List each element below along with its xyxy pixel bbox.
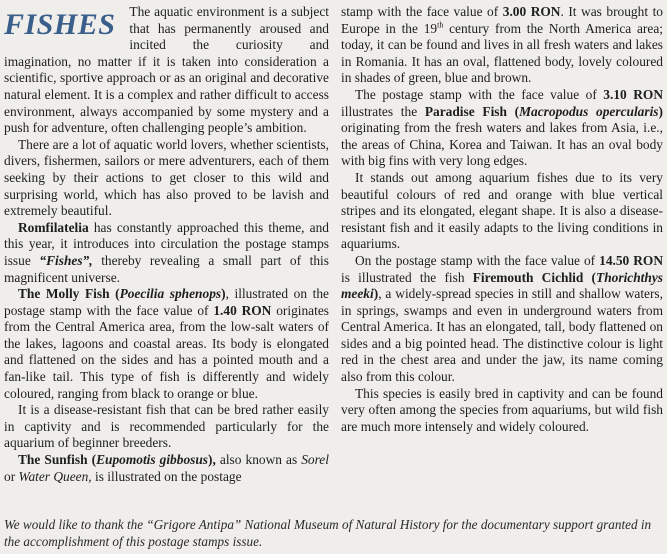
molly-paragraph: The Molly Fish (Poecilia sphenops), illu… <box>4 286 329 402</box>
paradise-value: 3.10 RON <box>603 87 663 102</box>
left-column: FISHES The aquatic environment is a subj… <box>4 4 329 485</box>
acknowledgement-footer: We would like to thank the “Grigore Anti… <box>4 517 664 550</box>
paradise-paragraph-2: It stands out among aquarium fishes due … <box>341 170 663 253</box>
molly-paragraph-2: It is a disease-resistant fish that can … <box>4 402 329 452</box>
firemouth-paragraph: On the postage stamp with the face value… <box>341 253 663 386</box>
right-column: stamp with the face value of 3.00 RON. I… <box>341 4 663 435</box>
sunfish-value: 3.00 RON <box>503 4 561 19</box>
firemouth-value: 14.50 RON <box>599 253 663 268</box>
paradise-latin: Macropodus opercularis <box>519 104 658 119</box>
firemouth-paragraph-2: This species is easily bred in captivity… <box>341 386 663 436</box>
romfilatelia-paragraph: Romfilatelia has constantly approached t… <box>4 220 329 286</box>
lovers-paragraph: There are a lot of aquatic world lovers,… <box>4 137 329 220</box>
sunfish-paragraph: The Sunfish (Eupomotis gibbosus), also k… <box>4 452 329 485</box>
romfilatelia-name: Romfilatelia <box>18 220 89 235</box>
paradise-paragraph: The postage stamp with the face value of… <box>341 87 663 170</box>
sunfish-continued: stamp with the face value of 3.00 RON. I… <box>341 4 663 87</box>
issue-name: “Fishes”, <box>39 253 92 268</box>
sunfish-latin: Eupomotis gibbosus <box>96 452 208 467</box>
molly-latin: Poecilia sphenops <box>120 286 222 301</box>
page-title: FISHES <box>4 8 115 42</box>
document-page: FISHES The aquatic environment is a subj… <box>0 0 667 554</box>
molly-value: 1.40 RON <box>213 303 271 318</box>
